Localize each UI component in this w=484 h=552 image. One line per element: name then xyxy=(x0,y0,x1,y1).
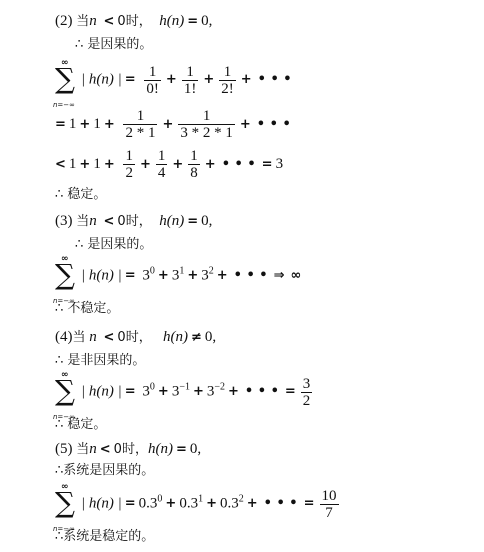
num: 1 xyxy=(69,156,77,172)
eq-op: = xyxy=(304,496,315,511)
plus-op: + xyxy=(79,157,90,172)
s5-sum-line: ∞ ∑ n=−∞ | h(n) |=0.30+0.31+0.32+• • •=1… xyxy=(55,482,341,526)
lt-op: < xyxy=(104,214,115,229)
numerator: 1 xyxy=(188,148,200,165)
abs-h-n: | h(n) | xyxy=(81,267,122,283)
eq-op: = xyxy=(187,14,198,29)
s4-condition: (4)当 n <0时， h(n)≠0, xyxy=(55,328,216,347)
eq-op: = xyxy=(125,72,136,87)
zero-time: 0时， xyxy=(117,330,151,345)
lt-op: < xyxy=(104,330,115,345)
eq-op: = xyxy=(55,117,66,132)
summation-symbol: ∞ ∑ n=−∞ xyxy=(55,254,77,298)
value: 0, xyxy=(201,13,212,29)
numerator: 10 xyxy=(320,488,339,505)
var-n: n xyxy=(89,329,97,345)
numerator: 1 xyxy=(123,148,135,165)
plus-op: + xyxy=(228,384,239,399)
numerator: 1 xyxy=(219,64,236,81)
implies-op: ⇒ xyxy=(274,268,285,283)
sigma-icon: ∑ xyxy=(55,488,75,518)
infinity: ∞ xyxy=(291,268,302,283)
s4-sum-line: ∞ ∑ n=−∞ | h(n) |= 30+3−1+3−2+• • •=32 xyxy=(55,370,314,414)
abs-h-n: | h(n) | xyxy=(81,495,122,511)
s3-sum-line: ∞ ∑ n=−∞ | h(n) |= 30+31+32+• • •⇒∞ xyxy=(55,254,304,298)
zero-time: 0时， xyxy=(117,14,151,29)
plus-op: + xyxy=(172,157,183,172)
s2-sum-line: ∞ ∑ n=−∞ | h(n) |= 10!+11!+12!+• • • xyxy=(55,58,295,102)
value: 0, xyxy=(201,213,212,229)
numerator: 1 xyxy=(178,108,235,125)
plus-op: + xyxy=(165,496,176,511)
denominator: 2 xyxy=(123,165,135,181)
base: 3 xyxy=(142,267,150,283)
s2-line3: <1+1+ 12+14+18+• • •=3 xyxy=(55,148,283,181)
abs-h-n: | h(n) | xyxy=(81,383,122,399)
denominator: 0! xyxy=(144,81,161,97)
plus-op: + xyxy=(79,117,90,132)
denominator: 2 * 1 xyxy=(123,125,157,141)
denominator: 7 xyxy=(320,505,339,521)
value: 0, xyxy=(205,329,216,345)
zero-time: 0时， xyxy=(117,214,151,229)
item-label: (3) xyxy=(55,213,73,229)
plus-op: + xyxy=(241,72,252,87)
result: 3 xyxy=(276,156,284,172)
abs-h-n: | h(n) | xyxy=(81,71,122,87)
s2-conclusion: ∴ 稳定。 xyxy=(55,186,106,204)
denominator: 1! xyxy=(182,81,199,97)
eq-op: = xyxy=(187,214,198,229)
numerator: 1 xyxy=(123,108,157,125)
s4-conclusion: ∴ 稳定。 xyxy=(55,416,106,434)
lt-op: < xyxy=(55,157,66,172)
ellipsis: • • • xyxy=(264,496,298,511)
eq-op: = xyxy=(262,157,273,172)
s2-causal: ∴ 是因果的。 xyxy=(75,36,152,54)
neq-op: ≠ xyxy=(191,330,202,345)
fraction: 14 xyxy=(156,148,168,181)
ellipsis: • • • xyxy=(245,384,279,399)
plus-op: + xyxy=(140,157,151,172)
exp: 2 xyxy=(209,265,214,276)
s3-conclusion: ∴ 不稳定。 xyxy=(55,300,119,318)
ellipsis: • • • xyxy=(258,72,292,87)
numerator: 3 xyxy=(301,376,313,393)
value: 0, xyxy=(190,441,201,457)
summation-symbol: ∞ ∑ n=−∞ xyxy=(55,482,77,526)
numerator: 1 xyxy=(182,64,199,81)
fraction: 11! xyxy=(182,64,199,97)
lt-op: < xyxy=(100,442,111,457)
plus-op: + xyxy=(104,157,115,172)
fraction: 12 xyxy=(123,148,135,181)
plus-op: + xyxy=(104,117,115,132)
s2-line2: =1+1+ 12 * 1+13 * 2 * 1+• • • xyxy=(55,108,294,141)
fraction: 107 xyxy=(320,488,339,521)
exp: 2 xyxy=(239,493,244,504)
plus-op: + xyxy=(187,268,198,283)
sigma-icon: ∑ xyxy=(55,376,75,406)
ellipsis: • • • xyxy=(222,157,256,172)
when-text: 当 xyxy=(76,442,89,457)
plus-op: + xyxy=(205,157,216,172)
base: 0.3 xyxy=(220,495,239,511)
num: 1 xyxy=(69,116,77,132)
eq-op: = xyxy=(176,442,187,457)
base: 0.3 xyxy=(139,495,158,511)
when-text: 当 xyxy=(76,214,89,229)
h-n: h(n) xyxy=(159,213,184,229)
exp: 1 xyxy=(198,493,203,504)
item-label: (4) xyxy=(55,329,73,345)
when-text: 当 xyxy=(76,14,89,29)
s2-condition: (2) 当n <0时， h(n)=0, xyxy=(55,12,212,31)
sigma-icon: ∑ xyxy=(55,64,75,94)
exp: −2 xyxy=(214,381,225,392)
s5-condition: (5) 当n<0时，h(n)=0, xyxy=(55,440,201,459)
var-n: n xyxy=(89,441,97,457)
fraction: 10! xyxy=(144,64,161,97)
s5-causal: ∴系统是因果的。 xyxy=(55,462,154,480)
fraction: 12 * 1 xyxy=(123,108,157,141)
h-n: h(n) xyxy=(163,329,188,345)
plus-op: + xyxy=(206,496,217,511)
plus-op: + xyxy=(158,268,169,283)
plus-op: + xyxy=(193,384,204,399)
exp: 1 xyxy=(179,265,184,276)
base: 0.3 xyxy=(179,495,198,511)
h-n: h(n) xyxy=(148,441,173,457)
s5-conclusion: ∴系统是稳定的。 xyxy=(55,528,154,546)
denominator: 3 * 2 * 1 xyxy=(178,125,235,141)
s3-condition: (3) 当n <0时， h(n)=0, xyxy=(55,212,212,231)
exp: −1 xyxy=(179,381,190,392)
plus-op: + xyxy=(158,384,169,399)
base: 3 xyxy=(201,267,209,283)
numerator: 1 xyxy=(156,148,168,165)
var-n: n xyxy=(89,213,97,229)
ellipsis: • • • xyxy=(234,268,268,283)
fraction: 32 xyxy=(301,376,313,409)
item-label: (5) xyxy=(55,441,73,457)
exp: 0 xyxy=(157,493,162,504)
exp: 0 xyxy=(150,381,155,392)
zero-time: 0时， xyxy=(114,442,148,457)
lt-op: < xyxy=(104,14,115,29)
denominator: 2! xyxy=(219,81,236,97)
denominator: 8 xyxy=(188,165,200,181)
sigma-icon: ∑ xyxy=(55,260,75,290)
plus-op: + xyxy=(162,117,173,132)
plus-op: + xyxy=(247,496,258,511)
s4-causal: ∴ 是非因果的。 xyxy=(55,352,145,370)
eq-op: = xyxy=(125,384,136,399)
plus-op: + xyxy=(166,72,177,87)
when-text: 当 xyxy=(73,330,86,345)
exp: 0 xyxy=(150,265,155,276)
numerator: 1 xyxy=(144,64,161,81)
fraction: 12! xyxy=(219,64,236,97)
ellipsis: • • • xyxy=(257,117,291,132)
denominator: 2 xyxy=(301,393,313,409)
h-n: h(n) xyxy=(159,13,184,29)
num: 1 xyxy=(93,156,101,172)
summation-symbol: ∞ ∑ n=−∞ xyxy=(55,58,77,102)
eq-op: = xyxy=(125,268,136,283)
eq-op: = xyxy=(285,384,296,399)
num: 1 xyxy=(93,116,101,132)
plus-op: + xyxy=(203,72,214,87)
plus-op: + xyxy=(240,117,251,132)
var-n: n xyxy=(89,13,97,29)
fraction: 13 * 2 * 1 xyxy=(178,108,235,141)
summation-symbol: ∞ ∑ n=−∞ xyxy=(55,370,77,414)
base: 3 xyxy=(142,383,150,399)
s3-causal: ∴ 是因果的。 xyxy=(75,236,152,254)
item-label: (2) xyxy=(55,13,73,29)
fraction: 18 xyxy=(188,148,200,181)
plus-op: + xyxy=(217,268,228,283)
eq-op: = xyxy=(125,496,136,511)
denominator: 4 xyxy=(156,165,168,181)
